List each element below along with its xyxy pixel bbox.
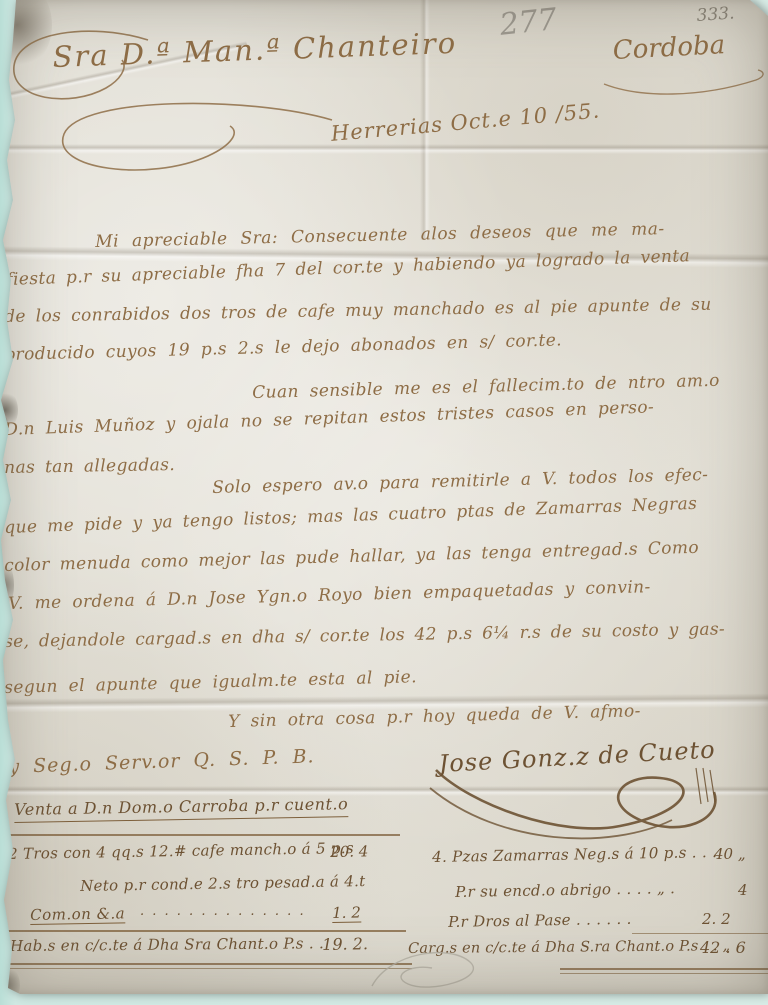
tear-stain bbox=[0, 415, 8, 429]
sale-account-title: Venta a D.n Dom.o Carroba p.r cuent.o bbox=[14, 794, 348, 823]
body-line: que me pide y ya tengo listos; mas las c… bbox=[4, 494, 698, 538]
sale-row-amount: 1. 2 bbox=[332, 904, 361, 923]
archival-number-pencil: 277 bbox=[498, 2, 559, 43]
charge-row-amount: 4 bbox=[738, 881, 748, 899]
tear-shadow bbox=[0, 965, 20, 994]
body-line: nas tan allegadas. bbox=[4, 455, 175, 478]
account-rule bbox=[0, 930, 406, 932]
body-line: Mi apreciable Sra: Consecuente alos dese… bbox=[95, 219, 665, 252]
charge-total-amount: 42 . 6 bbox=[700, 938, 746, 957]
account-double-rule bbox=[560, 968, 768, 970]
sale-row-desc: 2 Tros con 4 qq.s 12.# cafe manch.o á 5 … bbox=[8, 839, 354, 863]
body-line: producido cuyos 19 p.s 2.s le dejo abona… bbox=[4, 330, 562, 365]
account-double-rule bbox=[560, 973, 768, 974]
sale-row-amount: 20. 4 bbox=[330, 842, 368, 861]
account-rule bbox=[0, 834, 400, 836]
charge-row-desc: P.r Dros al Pase . . . . . . bbox=[448, 910, 632, 931]
body-line: D.n Luis Muñoz y ojala no se repitan est… bbox=[4, 397, 654, 440]
account-double-rule bbox=[0, 968, 412, 969]
city-underline-flourish bbox=[600, 72, 768, 102]
dateline-flourish bbox=[50, 98, 340, 188]
body-line: Solo espero av.o para remitirle a V. tod… bbox=[212, 465, 709, 498]
body-line: de los conrabidos dos tros de cafe muy m… bbox=[4, 295, 712, 327]
charge-row-desc: 4. Pzas Zamarras Neg.s á 10 p.s . . . bbox=[432, 843, 717, 866]
closing-valediction: y Seg.o Serv.or Q. S. P. B. bbox=[8, 745, 315, 778]
pencil-flourish bbox=[360, 944, 500, 994]
body-line: Y sin otra cosa p.r hoy queda de V. afmo… bbox=[228, 701, 641, 732]
sale-row-desc: Neto p.r cond.e 2.s tro pesad.a á 4.t bbox=[80, 872, 366, 895]
sale-row-desc: Com.on &.a bbox=[30, 904, 125, 925]
dateline: Herrerias Oct.e 10 /55. bbox=[330, 98, 601, 145]
body-line: segun el apunte que igualm.te esta al pi… bbox=[4, 667, 417, 698]
body-line: V. me ordena á D.n Jose Ygn.o Royo bien … bbox=[8, 577, 651, 614]
account-double-rule bbox=[0, 963, 412, 965]
body-line: se, dejandole cargad.s en dha s/ cor.te … bbox=[4, 619, 725, 652]
scan-shadow-wrapper: 277 333. Sra D.ª Man.ª Chanteiro Cordoba… bbox=[0, 0, 768, 994]
tear-stain bbox=[0, 845, 8, 863]
charge-row-desc: P.r su encd.o abrigo . . . . „ . bbox=[455, 879, 675, 901]
account-rule bbox=[632, 933, 768, 934]
letter-paper: 277 333. Sra D.ª Man.ª Chanteiro Cordoba… bbox=[0, 0, 768, 994]
body-line: color menuda como mejor las pude hallar,… bbox=[4, 538, 699, 576]
charge-row-amount: 40 „ bbox=[714, 845, 746, 863]
archival-number-ink: 333. bbox=[696, 3, 735, 26]
leader-dots: . . . . . . . . . . . . . . bbox=[140, 904, 306, 919]
destination-city: Cordoba bbox=[612, 30, 726, 66]
body-line: fiesta p.r su apreciable fha 7 del cor.t… bbox=[6, 246, 690, 290]
charge-row-amount: 2. 2 bbox=[702, 910, 731, 928]
sale-total-desc: Hab.s en c/c.te á Dha Sra Chant.o P.s . … bbox=[10, 934, 324, 955]
